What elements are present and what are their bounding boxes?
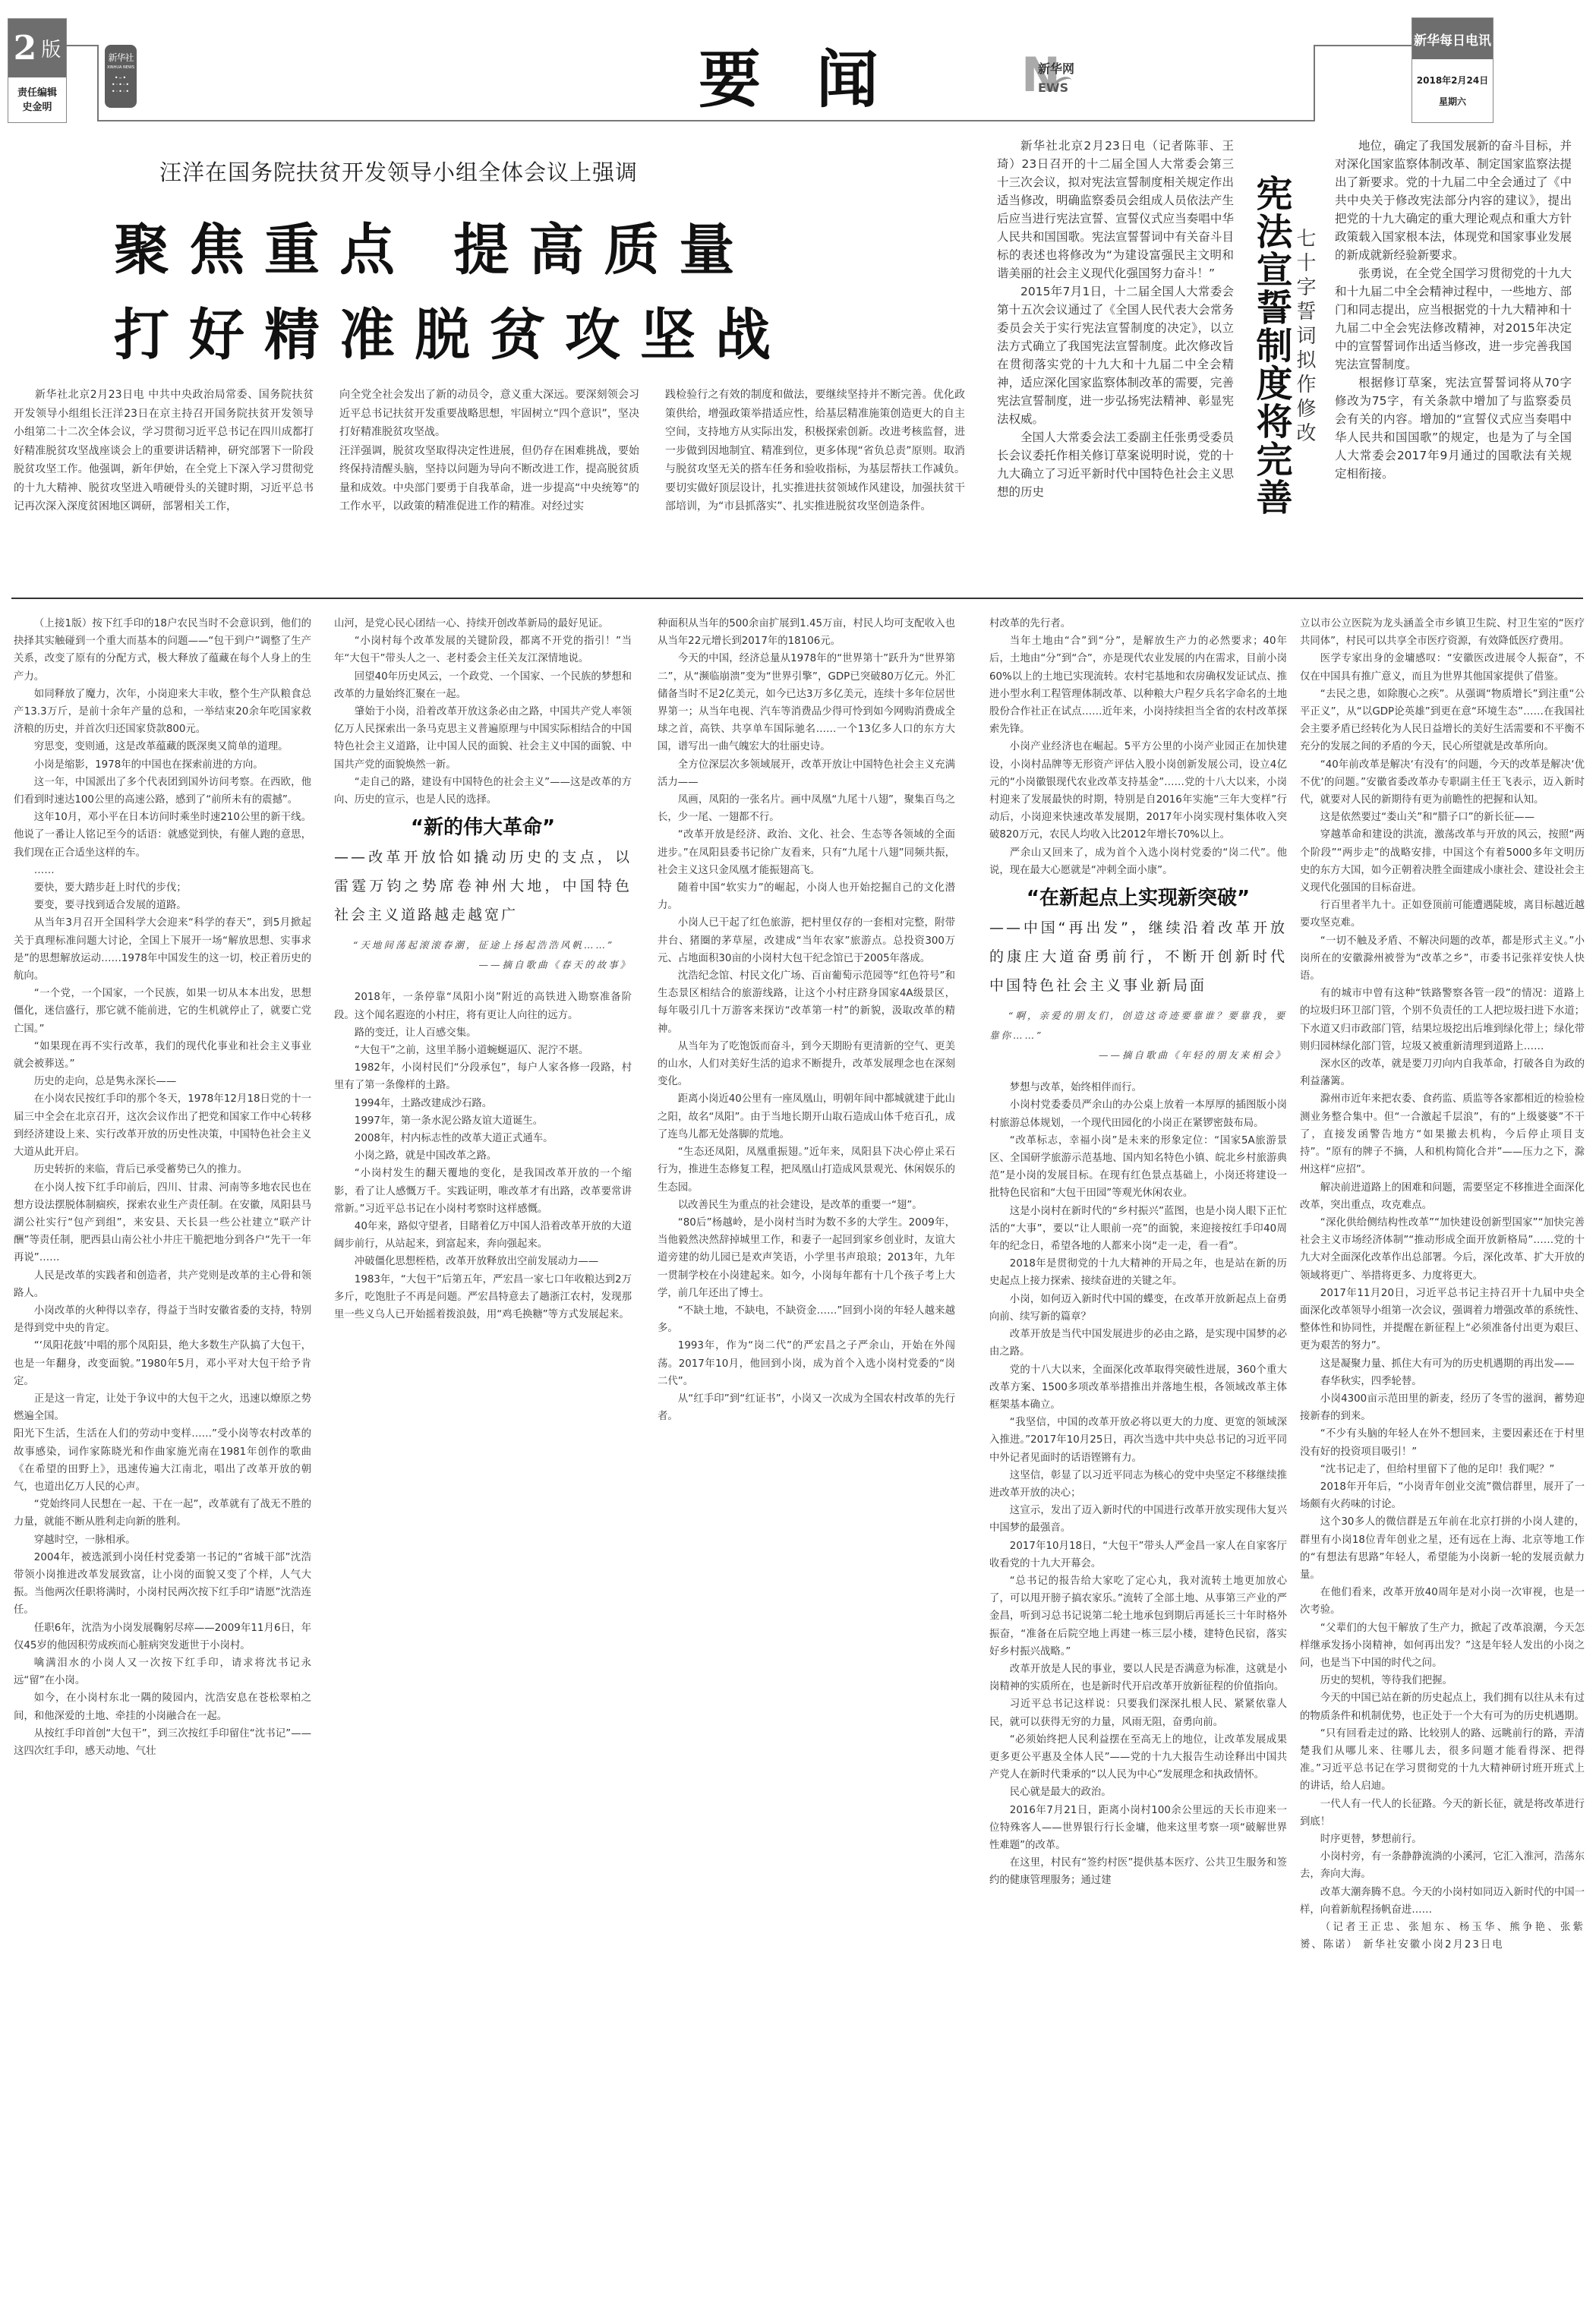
story-paragraph: 在小岗农民按红手印的那个冬天，1978年12月18日党的十一届三中全会在北京召开… — [14, 1090, 311, 1161]
story-paragraph: 穷思变，变则通，这是改革蕴藏的既深奥又简单的道理。 — [14, 738, 311, 755]
lead-paragraph: 向全党全社会发出了新的动员令，意义重大深远。要深刻领会习近平总书记扶贫开发重要战… — [339, 386, 639, 516]
story-paragraph: 2018年是贯彻党的十九大精神的开局之年，也是站在新的历史起点上接力探索、接续奋… — [989, 1255, 1287, 1290]
edition-box: 2 版 责任编辑 史金明 — [8, 18, 67, 123]
story-paragraph: 距离小岗近40公里有一座凤凰山，明朝年间中都城就建于此山之阳，故名“凤阳”。由于… — [658, 1090, 955, 1143]
story-paragraph: 一代人有一代人的长征路。今天的新长征，就是将改革进行到底！ — [1300, 1796, 1585, 1831]
edition-char: 版 — [41, 34, 61, 62]
story-paragraph: “只有回看走过的路、比较别人的路、远眺前行的路，弄清楚我们从哪儿来、往哪儿去，很… — [1300, 1725, 1585, 1796]
story-paragraph: “不缺土地，不缺电，不缺资金……”回到小岗的年轻人越来越多。 — [658, 1302, 955, 1337]
story-paragraph: 回望40年历史风云，一个政党、一个国家、一个民族的梦想和改革的力量始终汇聚在一起… — [334, 668, 632, 703]
lead-kicker: 汪洋在国务院扶贫开发领导小组全体会议上强调 — [159, 156, 638, 187]
story-paragraph: 严余山又回来了，成为首个入选小岗村党委的“岗二代”。他说，现在最大心愿就是“冲刺… — [989, 844, 1287, 879]
story-paragraph: 立以市公立医院为龙头涵盖全市乡镇卫生院、村卫生室的“医疗共同体”，村民可以共享全… — [1300, 615, 1585, 650]
story-paragraph: 小岗人已干起了红色旅游，把村里仅存的一套相对完整，附带井台、猪圈的茅草屋，改建成… — [658, 914, 955, 967]
story-paragraph: 2008年，村内标志性的改革大道正式通车。 — [334, 1130, 632, 1147]
paper-name: 新华每日电讯 — [1412, 18, 1493, 59]
story-paragraph: “‘凤阳花鼓’中唱的那个凤阳县，绝大多数生产队搞了大包干，也是一年翻身，改变面貌… — [14, 1337, 311, 1390]
xinhua-logo: 新华社 XINHUA NEWS •–••·•·••·•·• — [105, 45, 137, 108]
story-paragraph: 小岗改革的火种得以幸存，得益于当时安徽省委的支持，特别是得到党中央的肯定。 — [14, 1302, 311, 1337]
story-paragraph: 改革开放是当代中国发展进步的必由之路，是实现中国梦的必由之路。 — [989, 1326, 1287, 1361]
editor-name: 史金明 — [22, 100, 52, 115]
story-paragraph: 行百里者半九十。正如登顶前可能遭遇陡坡，离目标越近越要攻坚克难。 — [1300, 897, 1585, 932]
story-paragraph: 在小岗人按下红手印前后，四川、甘肃、河南等多地农民也在想方设法摆脱体制痼疾，探索… — [14, 1179, 311, 1267]
story-paragraph: 2017年10月18日，“大包干”带头人严金昌一家人在自家客厅收看党的十九大开幕… — [989, 1538, 1287, 1572]
lead-paragraph: 新华社北京2月23日电 中共中央政治局常委、国务院扶贫开发领导小组组长汪洋23日… — [14, 386, 314, 516]
story-paragraph: 路的变迁，让人百感交集。 — [334, 1024, 632, 1042]
story-paragraph: 当年土地由“合”到“分”，是解放生产力的必然要求；40年后，土地由“分”到“合”… — [989, 632, 1287, 738]
story-paragraph: 从当年3月召开全国科学大会迎来“科学的春天”，到5月掀起关于真理标准问题大讨论，… — [14, 914, 311, 985]
story-paragraph: 小岗，如何迈入新时代中国的蝶变，在改革开放新起点上奋勇向前、续写新的篇章？ — [989, 1291, 1287, 1326]
story-paragraph: “必须始终把人民利益摆在至高无上的地位，让改革发展成果更多更公平惠及全体人民”—… — [989, 1731, 1287, 1784]
header-rule — [1314, 45, 1315, 121]
story-paragraph: 1993年，作为“岗二代”的严宏昌之子严余山，开始在外闯荡。2017年10月，他… — [658, 1337, 955, 1390]
story-paragraph: 噙满泪水的小岗人又一次按下红手印，请求将沈书记永远“留”在小岗。 — [14, 1654, 311, 1689]
story-paragraph: 40年来，路似守望者，目睹着亿万中国人沿着改革开放的大道阔步前行，从站起来，到富… — [334, 1218, 632, 1253]
story-paragraph: “我坚信，中国的改革开放必将以更大的力度、更宽的领域深入推进。”2017年10月… — [989, 1414, 1287, 1467]
section-divider — [11, 598, 1583, 599]
story-paragraph: （上接1版）按下红手印的18户农民当时不会意识到，他们的抉择其实触碰到一个重大而… — [14, 615, 311, 686]
story-paragraph: 1994年，土路改建成沙石路。 — [334, 1095, 632, 1112]
main-col-4: 村改革的先行者。 当年土地由“合”到“分”，是解放生产力的必然要求；40年后，土… — [989, 615, 1287, 1890]
lead-paragraph: 践检验行之有效的制度和做法，要继续坚持并不断完善。优化政策供给，增强政策举措适应… — [665, 386, 965, 516]
story-paragraph: 这年10月，邓小平在日本访问时乘坐时速210公里的新干线。他说了一番让人铭记至今… — [14, 809, 311, 862]
story-paragraph: “不少有头脑的年轻人在外不想回来，主要因素还在于村里没有好的投资项目吸引！” — [1300, 1425, 1585, 1460]
editor-info: 责任编辑 史金明 — [8, 77, 66, 122]
story-paragraph: 阳光下生活，生活在人们的劳动中变样……”受小岗等农村改革的故事感染，词作家陈晓光… — [14, 1425, 311, 1496]
story-paragraph: 习近平总书记这样说：只要我们深深扎根人民、紧紧依靠人民，就可以获得无穷的力量，风… — [989, 1695, 1287, 1730]
lead-body-col-1: 新华社北京2月23日电 中共中央政治局常委、国务院扶贫开发领导小组组长汪洋23日… — [14, 386, 314, 516]
story-paragraph: “党始终同人民想在一起、干在一起”，改革就有了战无不胜的力量，就能不断从胜利走向… — [14, 1496, 311, 1531]
story-paragraph: 1997年，第一条水泥公路友谊大道诞生。 — [334, 1112, 632, 1130]
editor-label: 责任编辑 — [17, 86, 57, 100]
story-paragraph: 在他们看来，改革开放40周年是对小岗一次审视，也是一次考验。 — [1300, 1584, 1585, 1619]
story-paragraph: “生态还凤阳，凤凰重振翅。”近年来，凤阳县下决心停止采石行为，推进生态修复工程，… — [658, 1143, 955, 1197]
story-paragraph: 以改善民生为重点的社会建设，是改革的重要一“翅”。 — [658, 1197, 955, 1214]
story-paragraph: 2018年，一条停靠“凤阳小岗”附近的高铁进入勘察准备阶段。这个闻名遐迩的小村庄… — [334, 989, 632, 1024]
section-heading: “新的伟大革命” — [334, 819, 632, 837]
story-paragraph: 这宣示，发出了迈入新时代的中国进行改革开放实现伟大复兴中国梦的最强音。 — [989, 1502, 1287, 1537]
side-paragraph: 2015年7月1日，十二届全国人大常委会第十五次会议通过了《全国人民代表大会常务… — [997, 282, 1234, 428]
song-quote: “啊，亲爱的朋友们，创造这奇迹要靠谁？要靠我，要靠你……” ——摘自歌曲《年轻的… — [989, 1006, 1287, 1065]
story-paragraph: 滁州市近年来把农委、食药监、质监等各家都相近的检验检测业务整合集中。但“一合激起… — [1300, 1090, 1585, 1178]
header-rule — [66, 45, 98, 46]
song-lyric: “啊，亲爱的朋友们，创造这奇迹要靠谁？要靠我，要靠你……” — [989, 1006, 1287, 1046]
story-paragraph: 医学专家出身的金墉感叹：“安徽医改进展令人振奋”，不仅在中国具有推广意义，而且为… — [1300, 650, 1585, 685]
story-paragraph: 解决前进道路上的困难和问题，需要坚定不移推进全面深化改革，突出重点，攻克难点。 — [1300, 1179, 1585, 1214]
story-paragraph: 要快，要大踏步赶上时代的步伐； — [14, 879, 311, 897]
story-paragraph: 人民是改革的实践者和创造者，共产党则是改革的主心骨和领路人。 — [14, 1267, 311, 1302]
news-logo-cn: 新华网 — [1038, 59, 1074, 77]
story-paragraph: 小岗产业经济也在崛起。5平方公里的小岗产业园正在加快建设，小岗村品牌等无形资产评… — [989, 738, 1287, 844]
section-deck: ——改革开放恰如撬动历史的支点，以雷霆万钧之势席卷神州大地，中国特色社会主义道路… — [334, 843, 632, 929]
story-paragraph: 2018年开年后，“小岗青年创业交流”微信群里，展开了一场颇有火药味的讨论。 — [1300, 1478, 1585, 1513]
header-rule — [97, 120, 1314, 121]
edition-label: 2 版 — [8, 19, 66, 77]
main-col-1: （上接1版）按下红手印的18户农民当时不会意识到，他们的抉择其实触碰到一个重大而… — [14, 615, 311, 1760]
story-paragraph: 历史的契机，等待我们把握。 — [1300, 1672, 1585, 1689]
story-paragraph: 春华秋实，四季轮替。 — [1300, 1373, 1585, 1390]
side-paragraph: 全国人大常委会法工委副主任张勇受委员长会议委托作相关修订草案说明时说，党的十九大… — [997, 428, 1234, 501]
story-paragraph: 冲破僵化思想桎梏，改革开放释放出空前发展动力—— — [334, 1253, 632, 1270]
story-paragraph: 小岗村旁，有一条静静流淌的小溪河，它汇入淮河，浩荡东去，奔向大海。 — [1300, 1848, 1585, 1883]
story-paragraph: 今天的中国，经济总量从1978年的“世界第十”跃升为“世界第二”，从“濒临崩溃”… — [658, 650, 955, 755]
story-paragraph: 任职6年，沈浩为小岗发展鞠躬尽瘁——2009年11月6日，年仅45岁的他因积劳成… — [14, 1620, 311, 1654]
main-col-2: 山河，是党心民心团结一心、持续开创改革新局的最好见证。 “小岗村每个改革发展的关… — [334, 615, 632, 1323]
story-paragraph: 正是这一肯定，让处于争议中的大包干之火，迅速以燎原之势燃遍全国。 — [14, 1390, 311, 1425]
story-paragraph: 2016年7月21日，距离小岗村100余公里远的天长市迎来一位特殊客人——世界银… — [989, 1802, 1287, 1855]
story-paragraph: “去民之患，如除腹心之疾”。从强调“物质增长”到注重“公平正义”，从“以GDP论… — [1300, 686, 1585, 756]
date-box: 2018年2月24日 星期六 — [1412, 59, 1493, 122]
main-col-3: 种面积从当年的500余亩扩展到1.45万亩，村民人均可支配收入也从当年22元增长… — [658, 615, 955, 1425]
lead-body-col-2: 向全党全社会发出了新的动员令，意义重大深远。要深刻领会习近平总书记扶贫开发重要战… — [339, 386, 639, 516]
song-source: ——摘自歌曲《年轻的朋友来相会》 — [989, 1046, 1287, 1065]
xinhua-logo-cn: 新华社 — [108, 51, 133, 64]
xinhuanet-logo: N 新华网 EWS — [1021, 52, 1074, 99]
story-paragraph: 这一年，中国派出了多个代表团到国外访问考察。在西欧，他们看到时速达100公里的高… — [14, 774, 311, 809]
story-paragraph: 有的城市中曾有这种“铁路警察各管一段”的情况：道路上的垃圾归环卫部门管，个别不负… — [1300, 985, 1585, 1055]
story-paragraph: 深水区的改革，就是要刀刃向内自我革命，打破各自为政的利益藩篱。 — [1300, 1055, 1585, 1090]
story-paragraph: 这是依然要过“娄山关”和“腊子口”的新长征—— — [1300, 809, 1585, 826]
side-article-col-2: 地位，确定了我国发展新的奋斗目标，并对深化国家监察体制改革、制定国家监察法提出了… — [1335, 137, 1572, 483]
edition-number: 2 — [14, 29, 37, 68]
story-paragraph: 改革大潮奔腾不息。今天的小岗村如同迈入新时代的中国一样，向着新航程扬帆奋进…… — [1300, 1884, 1585, 1919]
lead-body-col-3: 践检验行之有效的制度和做法，要继续坚持并不断完善。优化政策供给，增强政策举措适应… — [665, 386, 965, 516]
story-byline: （记者王正忠、张旭东、杨玉华、熊争艳、张紫赟、陈诺） 新华社安徽小岗2月23日电 — [1300, 1919, 1585, 1954]
issue-weekday: 星期六 — [1439, 91, 1466, 112]
story-paragraph: 时序更替，梦想前行。 — [1300, 1831, 1585, 1848]
story-paragraph: 小岗4300亩示范田里的新麦，经历了冬雪的滋润，蓄势迎接新春的到来。 — [1300, 1390, 1585, 1425]
side-paragraph: 张勇说，在全党全国学习贯彻党的十九大和十九届二中全会精神过程中，一些地方、部门和… — [1335, 264, 1572, 374]
story-paragraph: 从当年为了吃饱饭而奋斗，到今天期盼有更清新的空气、更美的山水，人们对美好生活的追… — [658, 1038, 955, 1091]
xinhua-logo-en: XINHUA NEWS — [107, 65, 134, 70]
story-paragraph: 历史转折的来临，背后已承受蓄势已久的推力。 — [14, 1161, 311, 1178]
song-source: ——摘自歌曲《春天的故事》 — [334, 955, 632, 975]
section-title-char-2: 闻 — [816, 30, 878, 119]
side-paragraph: 新华社北京2月23日电（记者陈菲、王琦）23日召开的十二届全国人大常委会第三十三… — [997, 137, 1234, 282]
story-paragraph: 今天的中国已站在新的历史起点上，我们拥有以往从未有过的物质条件和机制优势，也正处… — [1300, 1689, 1585, 1724]
section-title-char-1: 要 — [699, 30, 761, 119]
story-paragraph: 党的十八大以来，全面深化改革取得突破性进展，360个重大改革方案、1500多项改… — [989, 1361, 1287, 1415]
story-paragraph: 要变，要寻找到适合发展的道路。 — [14, 897, 311, 914]
story-paragraph: 1982年，小岗村民们“分段承包”，每户人家各修一段路，村里有了第一条像样的土路… — [334, 1059, 632, 1094]
side-paragraph: 根据修订草案，宪法宣誓誓词将从70字修改为75字，有关条款中增加了与监察委员会有… — [1335, 374, 1572, 483]
story-paragraph: 这坚信，彰显了以习近平同志为核心的党中央坚定不移继续推进改革开放的决心； — [989, 1467, 1287, 1502]
network-icon: •–••·•·••·•·• — [112, 74, 130, 95]
story-paragraph: 2017年11月20日，习近平总书记主持召开十九届中央全面深化改革领导小组第一次… — [1300, 1285, 1585, 1355]
story-paragraph: “总书记的报告给大家吃了定心丸，我对流转土地更加放心了，可以甩开膀子搞农家乐。”… — [989, 1572, 1287, 1661]
story-paragraph: 村改革的先行者。 — [989, 615, 1287, 632]
story-paragraph: 从按红手印首创“大包干”，到三次按红手印留住“沈书记”——这四次红手印，感天动地… — [14, 1725, 311, 1760]
story-paragraph: 小岗村党委委员严余山的办公桌上放着一本厚厚的插图版小岗村旅游总体规划，一个现代田… — [989, 1096, 1287, 1131]
story-paragraph: 沈浩纪念馆、村民文化广场、百亩葡萄示范园等“红色符号”和生态景区相结合的旅游线路… — [658, 967, 955, 1038]
header-rule — [97, 45, 99, 121]
story-paragraph: 从“红手印”到“红证书”，小岗又一次成为全国农村改革的先行者。 — [658, 1390, 955, 1425]
story-paragraph: “80后”杨越岭，是小岗村当时为数不多的大学生。2009年，当他毅然决然辞掉城里… — [658, 1214, 955, 1302]
story-paragraph: 梦想与改革，始终相伴而行。 — [989, 1079, 1287, 1096]
story-paragraph: 小岗之路，就是中国改革之路。 — [334, 1147, 632, 1165]
song-lyric: “天地间荡起滚滚春潮，征途上扬起浩浩风帆……” — [334, 935, 632, 955]
story-paragraph: “深化供给侧结构性改革”“加快建设创新型国家”“加快完善社会主义市场经济体制”“… — [1300, 1214, 1585, 1285]
story-paragraph: 在这里，村民有“签约村医”提供基本医疗、公共卫生服务和签约的健康管理服务；通过建 — [989, 1854, 1287, 1889]
story-paragraph: “小岗村每个改革发展的关键阶段，都离不开党的指引！”当年“大包干”带头人之一、老… — [334, 632, 632, 667]
story-paragraph: 历史的走向，总是隽永深长—— — [14, 1073, 311, 1090]
story-paragraph: …… — [14, 862, 311, 879]
story-paragraph: 小岗是缩影，1978年的中国也在探索前进的方向。 — [14, 756, 311, 774]
story-paragraph: 凤画，凤阳的一张名片。画中凤凰“九尾十八翅”，聚集百鸟之长，少一尾、一翅都不行。 — [658, 791, 955, 826]
side-article-col-1: 新华社北京2月23日电（记者陈菲、王琦）23日召开的十二届全国人大常委会第三十三… — [997, 137, 1234, 501]
story-paragraph: 这是小岗村在新时代的“乡村振兴”蓝图，也是小岗人眼下正忙活的“大事”，要以“让人… — [989, 1203, 1287, 1256]
story-paragraph: 改革开放是人民的事业，要以人民是否满意为标准，这就是小岗精神的实质所在，也是新时… — [989, 1661, 1287, 1695]
main-col-5: 立以市公立医院为龙头涵盖全市乡镇卫生院、村卫生室的“医疗共同体”，村民可以共享全… — [1300, 615, 1585, 1954]
story-paragraph: “40年前改革是解决‘有没有’的问题，今天的改革是解决‘优不优’的问题。”安徽省… — [1300, 756, 1585, 809]
issue-date: 2018年2月24日 — [1417, 70, 1488, 91]
lead-headline-line2: 打好精准脱贫攻坚战 — [114, 305, 790, 366]
story-paragraph: 1983年，“大包干”后第五年，严宏昌一家七口年收粮达到2万多斤，吃饱肚子不再是… — [334, 1271, 632, 1324]
story-paragraph: 如同释放了魔力，次年，小岗迎来大丰收，整个生产队粮食总产13.3万斤，是前十余年… — [14, 686, 311, 739]
story-paragraph: 穿越革命和建设的洪流，激荡改革与开放的风云，按照“两个阶段”“两步走”的战略安排… — [1300, 826, 1585, 897]
paper-masthead: 新华每日电讯 2018年2月24日 星期六 — [1411, 17, 1493, 123]
story-paragraph: 如今，在小岗村东北一隅的陵园内，沈浩安息在苍松翠柏之间，和他深爱的土地、牵挂的小… — [14, 1689, 311, 1724]
side-article-subtitle: 七十字誓词拟作修改 — [1291, 228, 1319, 446]
story-paragraph: “沈书记走了，但给村里留下了他的足印！我们呢？” — [1300, 1461, 1585, 1478]
story-paragraph: 随着中国“软实力”的崛起，小岗人也开始挖掘自己的文化潜力。 — [658, 879, 955, 914]
lead-headline-line1: 聚焦重点 提高质量 — [114, 220, 754, 281]
story-paragraph: 全方位深层次多领域展开，改革开放让中国特色社会主义充满活力—— — [658, 756, 955, 791]
story-paragraph: 2004年，被选派到小岗任村党委第一书记的“省城干部”沈浩带领小岗推进改革发展致… — [14, 1549, 311, 1620]
song-quote: “天地间荡起滚滚春潮，征途上扬起浩浩风帆……” ——摘自歌曲《春天的故事》 — [334, 935, 632, 975]
story-paragraph: 穿越时空，一脉相承。 — [14, 1531, 311, 1549]
story-paragraph: “改革开放是经济、政治、文化、社会、生态等各领域的全面进步。”在凤阳县委书记徐广… — [658, 826, 955, 879]
story-paragraph: “改革标志，幸福小岗”是未来的形象定位：“国家5A旅游景区、全国研学旅游示范基地… — [989, 1132, 1287, 1203]
section-heading: “在新起点上实现新突破” — [989, 890, 1287, 907]
story-paragraph: “一切不触及矛盾、不解决问题的改革，都是形式主义。”小岗所在的安徽滁州被誉为“改… — [1300, 932, 1585, 986]
story-paragraph: “如果现在再不实行改革，我们的现代化事业和社会主义事业就会被葬送。” — [14, 1038, 311, 1073]
story-paragraph: 民心就是最大的政治。 — [989, 1784, 1287, 1801]
story-paragraph: 山河，是党心民心团结一心、持续开创改革新局的最好见证。 — [334, 615, 632, 632]
story-paragraph: 这个30多人的微信群是五年前在北京打拼的小岗人建的，群里有小岗18位青年创业之星… — [1300, 1513, 1585, 1584]
section-deck: ——中国“再出发”，继续沿着改革开放的康庄大道奋勇前行，不断开创新时代中国特色社… — [989, 913, 1287, 1000]
story-paragraph: “一个党，一个国家，一个民族，如果一切从本本出发，思想僵化，迷信盛行，那它就不能… — [14, 985, 311, 1038]
story-paragraph: 肇始于小岗，沿着改革开放这条必由之路，中国共产党人率领亿万人民探索出一条马克思主… — [334, 703, 632, 774]
story-paragraph: “父辈们的大包干解放了生产力，掀起了改革浪潮，今天怎样继承发扬小岗精神，如何再出… — [1300, 1620, 1585, 1673]
story-paragraph: “大包干”之前，这里羊肠小道蜿蜒逼仄、泥泞不堪。 — [334, 1042, 632, 1059]
story-paragraph: “小岗村发生的翻天覆地的变化，是我国改革开放的一个缩影，看了让人感慨万千。实践证… — [334, 1165, 632, 1218]
side-paragraph: 地位，确定了我国发展新的奋斗目标，并对深化国家监察体制改革、制定国家监察法提出了… — [1335, 137, 1572, 264]
header-rule — [1314, 45, 1412, 46]
story-paragraph: “走自己的路，建设有中国特色的社会主义”——这是改革的方向、历史的宣示，也是人民… — [334, 774, 632, 809]
story-paragraph: 种面积从当年的500余亩扩展到1.45万亩，村民人均可支配收入也从当年22元增长… — [658, 615, 955, 650]
story-paragraph: 这是凝聚力量、抓住大有可为的历史机遇期的再出发—— — [1300, 1355, 1585, 1373]
side-article-title: 宪法宣誓制度将完善 — [1245, 175, 1298, 516]
